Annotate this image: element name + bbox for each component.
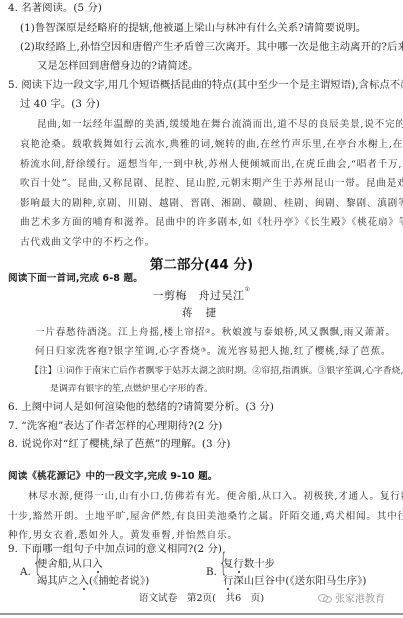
option-a-label: A. [20,566,31,579]
poem-text: 。流光容易把人抛,红了樱桃,绿了芭蕉。 [207,346,391,357]
option-source: 深山巨谷中(《送东阳马生序》) [233,575,366,587]
taohua-passage-line: 林尽水源,便得一山,山有小口,仿佛若有光。便舍船,从口入。初极狭,才通人。复行数 [28,490,403,503]
poem-title: 一剪梅 舟过吴江① [0,287,403,303]
q7: 7. “洗客袍”表达了作者怎样的心理期待?(2 分) [8,420,222,433]
kunqu-passage-line: 昆曲,如一坛经年温醇的美酒,缓缓地在舞台流淌而出,道不尽的良辰美景,说不完的 [37,118,403,131]
q6: 6. 上阕中词人是如何渲染他的愁绪的?请简要分析。(3 分) [8,401,274,414]
q4-sub1: (1)鲁智深原是经略府的提辖,他被逼上梁山与林冲有什么关系?请简要说明。 [20,22,366,35]
kunqu-passage-line: 影响最大的剧种,京剧、川剧、越剧、晋剧、湘剧、赣剧、桂剧、闽剧、黎剧、滇剧等,都… [20,197,403,210]
option-text: 数十步 [244,558,275,570]
q4-title: 4. 名著阅读。(5 分) [8,2,102,15]
q5-line1: 5. 阅读下边一段文字,用几个短语概括昆曲的特点(其中至少一个是主谓短语),含标… [8,79,403,92]
wechat-icon [318,593,332,603]
option-text: 竭其庐之 [37,575,79,587]
watermark-text: 张家港教育 [335,590,385,605]
poem-text: 一片春愁待酒浇。江上舟摇,楼上帘招 [35,327,205,338]
dotted-word: 行 [223,575,233,587]
dotted-word: 行 [233,558,243,570]
kunqu-passage-line: 桥流水间,舒徐缓行。遥想当年,一到中秋,苏州人便倾城而出,在虎丘曲会,“唱者千万… [20,158,403,171]
taohua-passage-line: 十步,豁然开朗。土地平旷,屋舍俨然,有良田美池桑竹之属。阡陌交通,鸡犬相闻。其中… [8,510,403,523]
kunqu-passage-line: 哀艳沧桑。载歌载舞如行云流水,典雅的词,婉转的曲,在丝竹声乐里,在亭台水榭上,在… [20,138,403,151]
poem-title-text: 一剪梅 舟过吴江 [153,289,245,302]
option-text: 复 [223,558,233,570]
exam-page: 4. 名著阅读。(5 分) (1)鲁智深原是经略府的提辖,他被逼上梁山与林冲有什… [0,0,403,618]
q4-sub2-line2: 又是怎样回到唐僧身边的?请简述。 [37,60,199,73]
bottom-divider [0,613,403,615]
option-text: 便舍船,从口 [37,558,92,570]
q5-line2: 过 40 字。(3 分) [20,98,100,111]
option-b-label: B. [206,566,217,579]
q4-sub2-line1: (2)取经路上,孙悟空因和唐僧产生矛盾曾三次离开。其中哪一次是他主动离开的?后来 [20,41,403,54]
dotted-word: 入 [79,575,89,587]
poem-annotation-line1: 【注】①词作于南宋亡后作者飘零于姑苏太湖之滨时期。②帘招,指酒旗。③银字笙调,心… [30,365,403,378]
option-source: (《捕蛇者说》) [89,575,149,587]
poem-text: 何日归家洗客袍?银字笙调,心字香烧 [35,346,201,357]
poem-line-1: 一片春愁待酒浇。江上舟摇,楼上帘招②。秋娘渡与泰娘桥,风又飘飘,雨又萧萧。 [35,326,396,339]
footnote-marker: ③ [201,347,207,354]
kunqu-passage-line: 吹百十处”。昆曲,又称昆剧、昆腔、昆山腔,元朝末期产生于苏州昆山一带。昆曲是戏曲… [20,177,403,190]
dotted-word: 入 [92,558,102,570]
watermark: 张家港教育 [318,590,385,605]
poem-author: 蒋 捷 [0,305,403,320]
taohua-passage-line: 种作,男女衣着,悉如外人。黄发垂髫,并怡然自乐。 [8,529,238,542]
section-title: 第二部分(44 分) [0,253,403,273]
kunqu-passage-line: 古代戏曲文学中的不朽之作。 [20,236,155,249]
poem-line-2: 何日归家洗客袍?银字笙调,心字香烧③。流光容易把人抛,红了樱桃,绿了芭蕉。 [35,345,391,358]
footnote-marker: ① [245,286,251,293]
poem-text: 。秋娘渡与泰娘桥,风又飘飘,雨又萧萧。 [211,327,395,338]
poem-annotation-line2: 是调弄有银字的笙,点燃炉里心字形的香。 [50,383,213,396]
option-a-line1: 便舍船,从口入 [37,558,103,571]
q8: 8. 说说你对“红了樱桃,绿了芭蕉”的理解。(3 分) [8,438,231,451]
option-b-line2: 行深山巨谷中(《送东阳马生序》) [223,575,367,588]
poem-instruction: 阅读下面一首词,完成 6-8 题。 [8,272,143,285]
option-a-line2: 竭其庐之入(《捕蛇者说》) [37,575,149,588]
footnote-marker: ② [205,328,211,335]
taohua-instruction: 阅读《桃花源记》中的一段文字,完成 9-10 题。 [8,470,218,483]
option-b-line1: 复行数十步 [223,558,275,571]
kunqu-passage-line: 曲艺术多方面的哺育和滋养。昆曲中的许多剧本,如《牡丹亭》《长生殿》《桃花扇》等,… [20,216,403,229]
